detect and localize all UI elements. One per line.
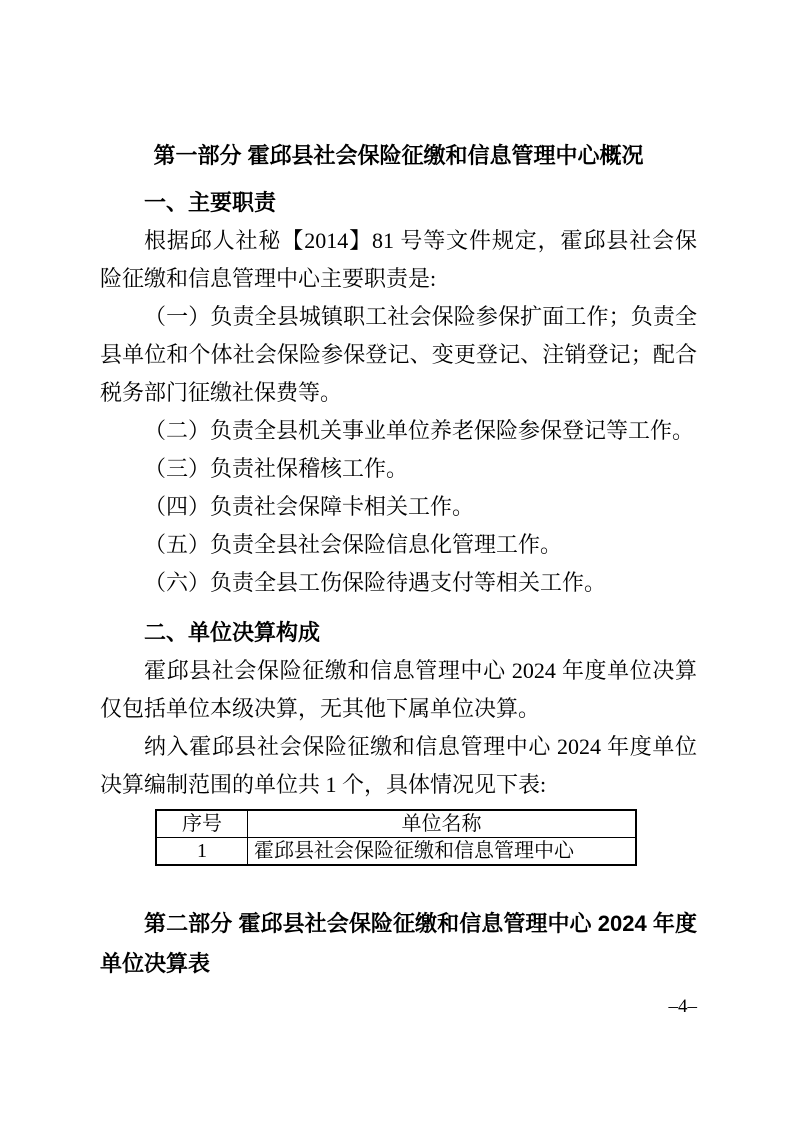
section1-paragraph-3: （二）负责全县机关事业单位养老保险参保登记等工作。: [100, 412, 697, 450]
page-number: –4–: [669, 996, 698, 1018]
table-header-unit-name: 单位名称: [248, 810, 637, 838]
part2-title: 第二部分 霍邱县社会保险征缴和信息管理中心 2024 年度单位决算表: [100, 904, 697, 984]
page-content: 第一部分 霍邱县社会保险征缴和信息管理中心概况 一、主要职责 根据邱人社秘【20…: [100, 140, 697, 984]
section2-paragraph-1: 霍邱县社会保险征缴和信息管理中心 2024 年度单位决算仅包括单位本级决算，无其…: [100, 652, 697, 728]
table-header-row: 序号 单位名称: [156, 810, 636, 838]
table-cell-index: 1: [156, 838, 248, 866]
section1-paragraph-1: 根据邱人社秘【2014】81 号等文件规定，霍邱县社会保险征缴和信息管理中心主要…: [100, 222, 697, 298]
section1-paragraph-6: （五）负责全县社会保险信息化管理工作。: [100, 526, 697, 564]
table-row: 1 霍邱县社会保险征缴和信息管理中心: [156, 838, 636, 866]
section2-paragraph-2: 纳入霍邱县社会保险征缴和信息管理中心 2024 年度单位决算编制范围的单位共 1…: [100, 728, 697, 804]
table-header-index: 序号: [156, 810, 248, 838]
section2-heading: 二、单位决算构成: [100, 614, 697, 652]
document-page: 第一部分 霍邱县社会保险征缴和信息管理中心概况 一、主要职责 根据邱人社秘【20…: [0, 0, 793, 1122]
section1-paragraph-2: （一）负责全县城镇职工社会保险参保扩面工作；负责全县单位和个体社会保险参保登记、…: [100, 298, 697, 412]
section1-paragraph-4: （三）负责社保稽核工作。: [100, 450, 697, 488]
table-cell-unit-name: 霍邱县社会保险征缴和信息管理中心: [248, 838, 637, 866]
section1-paragraph-7: （六）负责全县工伤保险待遇支付等相关工作。: [100, 564, 697, 602]
section1-heading: 一、主要职责: [100, 184, 697, 222]
section1-paragraph-5: （四）负责社会保障卡相关工作。: [100, 488, 697, 526]
unit-list-table: 序号 单位名称 1 霍邱县社会保险征缴和信息管理中心: [155, 809, 637, 866]
part1-title: 第一部分 霍邱县社会保险征缴和信息管理中心概况: [100, 140, 697, 172]
